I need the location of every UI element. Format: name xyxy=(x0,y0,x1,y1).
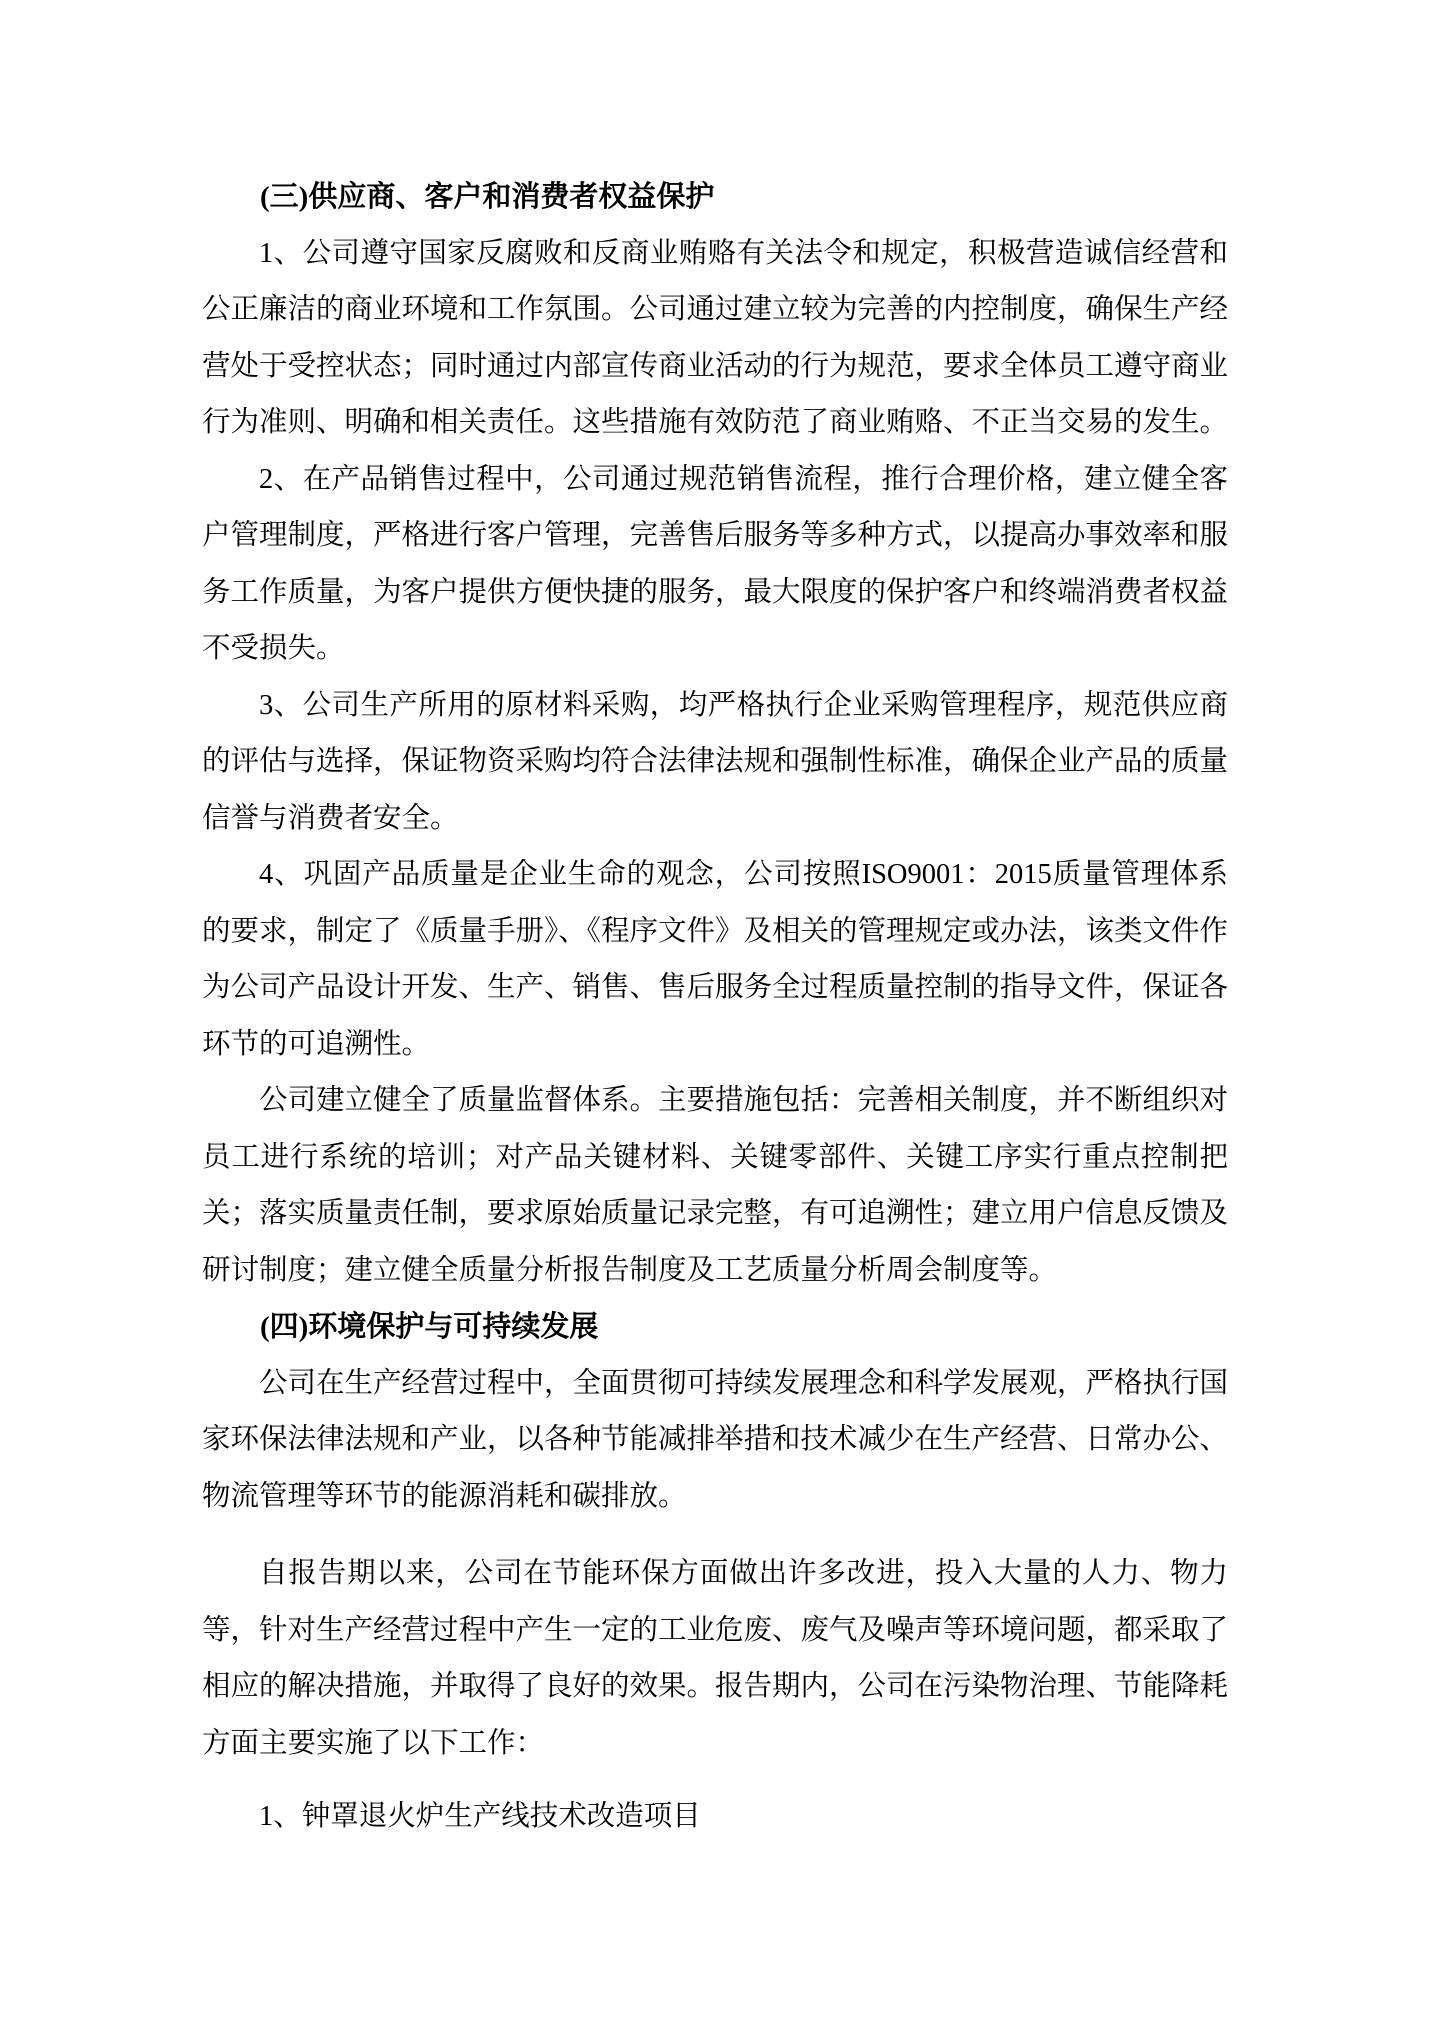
text-content: (三)供应商、客户和消费者权益保护 1、公司遵守国家反腐败和反商业贿赂有关法令和… xyxy=(202,169,1228,1846)
heading-supplier-customer-protection: (三)供应商、客户和消费者权益保护 xyxy=(202,169,1228,226)
paragraph-sales-process: 2、在产品销售过程中，公司通过规范销售流程，推行合理价格，建立健全客户管理制度，… xyxy=(202,452,1228,678)
paragraph-energy-saving-improvements: 自报告期以来，公司在节能环保方面做出许多改进，投入大量的人力、物力等，针对生产经… xyxy=(202,1546,1228,1772)
paragraph-quality-system: 4、巩固产品质量是企业生命的观念，公司按照ISO9001：2015质量管理体系的… xyxy=(202,847,1228,1073)
heading-environment-sustainability: (四)环境保护与可持续发展 xyxy=(202,1299,1228,1356)
document-page: (三)供应商、客户和消费者权益保护 1、公司遵守国家反腐败和反商业贿赂有关法令和… xyxy=(0,0,1440,2036)
paragraph-quality-supervision: 公司建立健全了质量监督体系。主要措施包括：完善相关制度，并不断组织对员工进行系统… xyxy=(202,1073,1228,1299)
paragraph-sustainable-development: 公司在生产经营过程中，全面贯彻可持续发展理念和科学发展观，严格执行国家环保法律法… xyxy=(202,1356,1228,1526)
paragraph-raw-material-procurement: 3、公司生产所用的原材料采购，均严格执行企业采购管理程序，规范供应商的评估与选择… xyxy=(202,678,1228,848)
paragraph-annealing-furnace-project: 1、钟罩退火炉生产线技术改造项目 xyxy=(202,1789,1228,1846)
paragraph-anti-bribery: 1、公司遵守国家反腐败和反商业贿赂有关法令和规定，积极营造诚信经营和公正廉洁的商… xyxy=(202,226,1228,452)
